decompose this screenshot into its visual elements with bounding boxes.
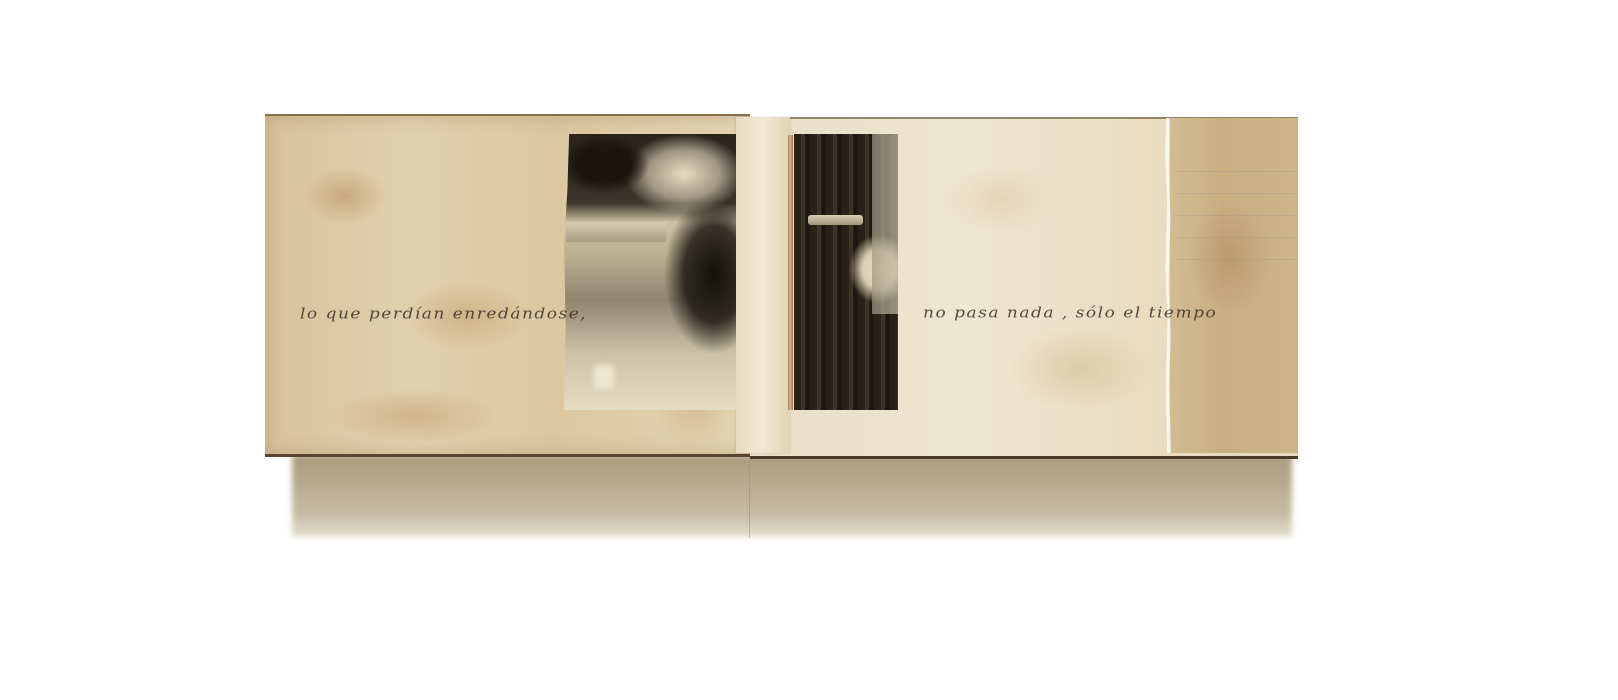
- ruled-lines: [1175, 150, 1295, 270]
- photo-door-frame: [872, 134, 898, 314]
- photo-hands-strings: [564, 134, 736, 410]
- photo-window-light: [594, 365, 614, 389]
- handwriting-left: lo que perdían enredándose,: [300, 305, 587, 323]
- artwork-photo: lo que perdían enredándose, no pasa nada…: [0, 0, 1618, 700]
- door-handle-icon: [808, 215, 863, 225]
- fold-crease: [788, 135, 793, 410]
- photo-window-ledge: [566, 222, 666, 242]
- handwriting-right: no pasa nada , sólo el tiempo: [923, 304, 1217, 322]
- book-shadow: [292, 455, 1292, 537]
- shadow-fold-line: [749, 458, 750, 538]
- pasted-strip: [736, 117, 790, 453]
